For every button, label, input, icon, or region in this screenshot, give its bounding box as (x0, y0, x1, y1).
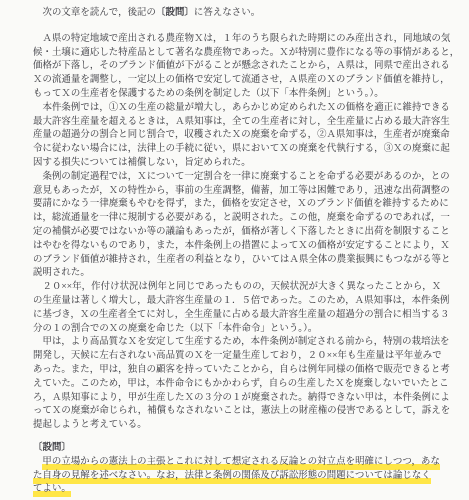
case-line: ろ，Ａ県知事により，甲が生産したＸの３分の１が廃棄された。納得できない甲は，本件… (33, 392, 439, 406)
question-section: 〔設問〕 甲の立場からの憲法上の主張とこれに対して想定される反論との対立点を明確… (33, 442, 439, 497)
case-line: 産量の超過分の割合と同じ割合で，収穫されたＸの廃棄を命ずる，②Ａ県知事は，生産者… (33, 129, 439, 143)
case-line: 意見もあったが，Ｘの特性から，事前の生産調整，備蓄，加工等は困難であり，迅速な出… (33, 185, 439, 199)
highlighted-text: た自身の見解を述べなさい。なお，法律と条例の関係及び訴訟形態の問題については論じ… (33, 471, 431, 484)
case-line: あった。また，甲は，独自の顧客を持っていたことから，自らは例年同様の価格で販売で… (33, 364, 439, 378)
case-line: 本件条例では，①Ｘの生産の総量が増大し，あらかじめ定められたＸの価格を適正に維持… (33, 102, 439, 116)
case-line: 要請にかなう一律廃棄もやむを得ず，また，価格を安定させ，Ｘのブランド価値を維持す… (33, 198, 439, 212)
setsumon-inline-label: 〔設問〕 (156, 8, 194, 18)
highlighted-text: てよい。 (33, 484, 71, 497)
case-line: 価格が下落し，そのブランド価値が下がることが懸念されたことから，Ａ県は，同県で産… (33, 60, 439, 74)
paragraph-4: ２０××年，作付け状況は例年と同じであったものの，天候状況が大きく異なったことか… (33, 281, 439, 336)
question-line: た自身の見解を述べなさい。なお，法律と条例の関係及び訴訟形態の問題については論じ… (33, 470, 439, 484)
case-line: の生産量は著しく増大し，最大許容生産量の１．５倍であった。このため，Ａ県知事は，… (33, 295, 439, 309)
exam-document-page: 次の文章を読んで，後記の〔設問〕に答えなさい。 Ａ県の特定地域で産出される農産物… (0, 0, 469, 500)
paragraph-3: 条例の制定過程では，Ｘについて一定割合を一律に廃棄することを命ずる必要があるのか… (33, 171, 439, 281)
question-line: てよい。 (33, 483, 439, 497)
paragraph-1: Ａ県の特定地域で産出される農産物Ｘは，１年のうち限られた時期にのみ産出され，同地… (33, 33, 439, 102)
question-line: 甲の立場からの憲法上の主張とこれに対して想定される反論との対立点を明確にしつつ，… (33, 456, 439, 470)
paragraph-5: 甲は，より高品質なＸを安定して生産するため，本件条例が制定される前から，特別の栽… (33, 336, 439, 433)
case-line: えていた。このため，甲は，本件命令にもかかわらず，自らの生産したＸを廃棄しないで… (33, 378, 439, 392)
case-line: もってＸの生産者を保護するための条例を制定した（以下「本件条例」という。）。 (33, 88, 439, 102)
case-line: 因する損失については補償しない，旨定められた。 (33, 157, 439, 171)
case-text: Ａ県の特定地域で産出される農産物Ｘは，１年のうち限られた時期にのみ産出され，同地… (33, 33, 439, 433)
case-line: のブランド価値が維持され，生産者の利益となり，ひいてはＡ県全体の農業振興にもつな… (33, 254, 439, 268)
case-line: 令に従わない場合には，法律上の手続に従い，県においてＸの廃棄を代執行する，③Ｘの… (33, 143, 439, 157)
instruction-pre: 次の文章を読んで，後記の (33, 8, 156, 18)
instruction-line: 次の文章を読んで，後記の〔設問〕に答えなさい。 (33, 7, 439, 21)
case-line: 開発し，天候に左右されない高品質のＸを一定量生産しており，２０××年も生産量は平… (33, 350, 439, 364)
case-line: ってＸの廃棄が命じられ，補償もなされないことは，憲法上の財産権の侵害であるとして… (33, 405, 439, 419)
case-line: Ａ県の特定地域で産出される農産物Ｘは，１年のうち限られた時期にのみ産出され，同地… (33, 33, 439, 47)
case-line: はやむを得ないものであり，また，本件条例上の措置によってＸの価格が安定することに… (33, 240, 439, 254)
case-line: 甲は，より高品質なＸを安定して生産するため，本件条例が制定される前から，特別の栽… (33, 336, 439, 350)
case-line: 定の補償が必要ではないか等の議論もあったが，価格が著しく下落したときに出荷を制限… (33, 226, 439, 240)
case-line: 説明された。 (33, 267, 439, 281)
instruction-post: に答えなさい。 (194, 8, 260, 18)
case-line: 提起しようと考えている。 (33, 419, 439, 433)
case-line: 分の１の割合でのＸの廃棄を命じた（以下「本件命令」という。）。 (33, 323, 439, 337)
highlighted-text: 甲の立場からの憲法上の主張とこれに対して想定される反論との対立点を明確にしつつ，… (42, 457, 440, 470)
case-line: 候・土壌に適応した特産品として著名な農産物であった。Ｘが特別に豊作になる等の事情… (33, 47, 439, 61)
case-line: Ｘの流通量を調整し，一定以上の価格で安定して流通させ，Ａ県産のＸのブランド価値を… (33, 74, 439, 88)
paragraph-2: 本件条例では，①Ｘの生産の総量が増大し，あらかじめ定められたＸの価格を適正に維持… (33, 102, 439, 171)
case-line: は，総流通量を一律に規制する必要がある，と説明された。この他，廃棄を命ずるのであ… (33, 212, 439, 226)
case-line: に基づき，Ｘの生産者全てに対し，全生産量に占める最大許容生産量の超過分の割合に相… (33, 309, 439, 323)
question-header: 〔設問〕 (33, 442, 439, 456)
case-line: 最大許容生産量を超えるときは，Ａ県知事は，全ての生産者に対し，全生産量に占める最… (33, 116, 439, 130)
case-line: ２０××年，作付け状況は例年と同じであったものの，天候状況が大きく異なったことか… (33, 281, 439, 295)
case-line: 条例の制定過程では，Ｘについて一定割合を一律に廃棄することを命ずる必要があるのか… (33, 171, 439, 185)
